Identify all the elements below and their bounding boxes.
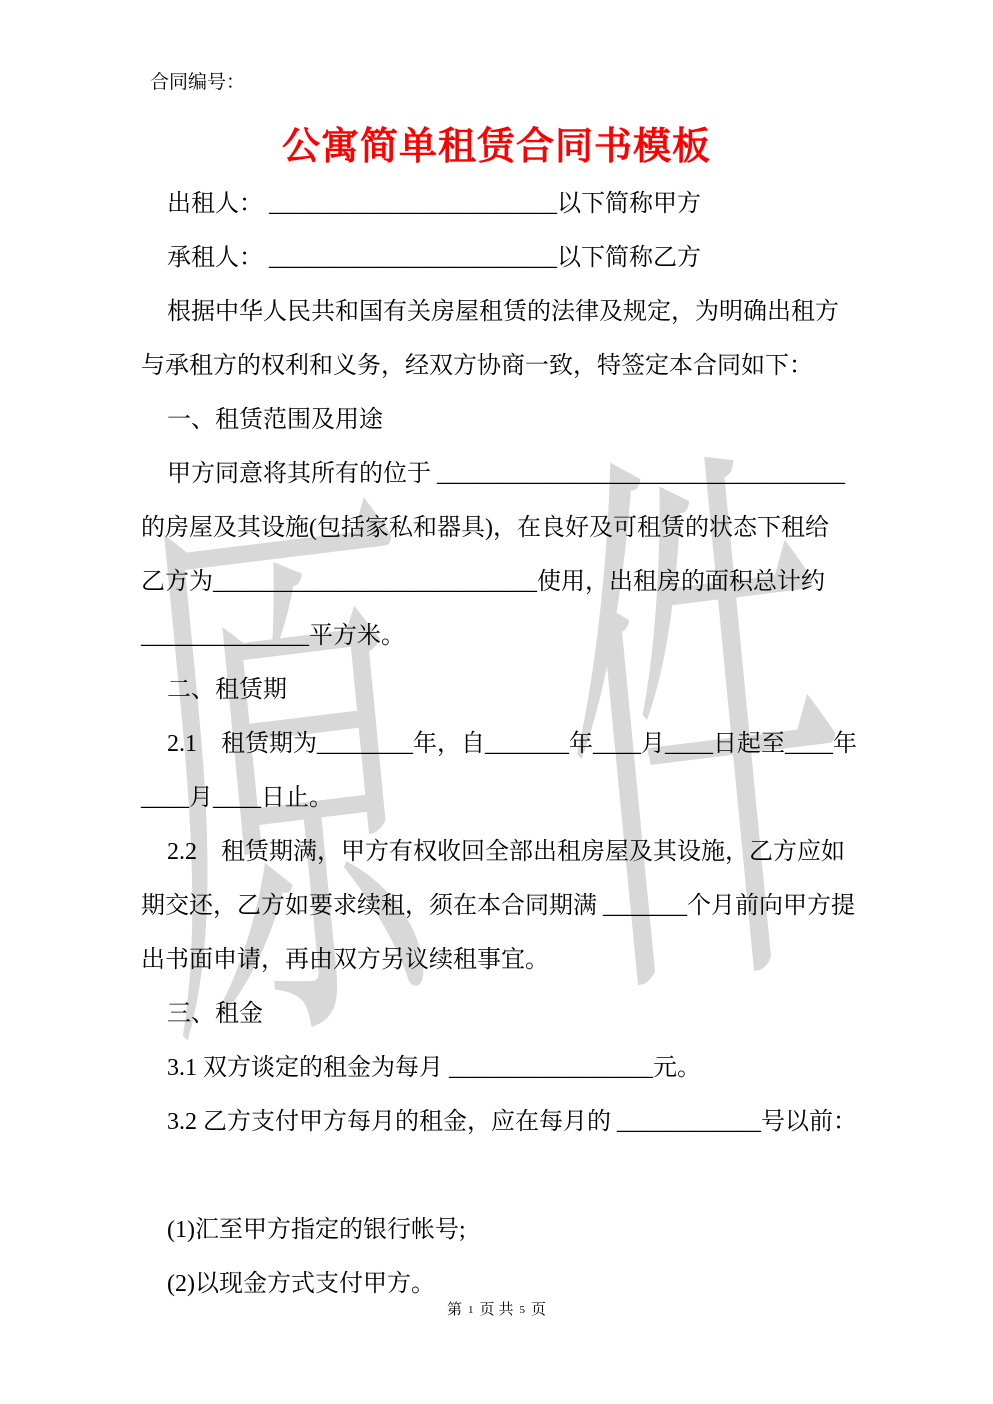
contract-line-2-1-b: ____月____日止。 <box>141 771 863 825</box>
footer-label-gong: 共 <box>499 1302 514 1318</box>
footer-label-di: 第 <box>447 1302 462 1318</box>
contract-line-3-2: 3.2 乙方支付甲方每月的租金，应在每月的 ____________号以前： <box>141 1095 863 1149</box>
footer-page-number: 1 <box>468 1304 474 1316</box>
contract-line-blank <box>141 1149 863 1203</box>
contract-line-preamble-2: 与承租方的权利和义务，经双方协商一致，特签定本合同如下： <box>141 339 863 393</box>
contract-line-lessor: 出租人： ________________________以下简称甲方 <box>141 177 863 231</box>
footer-total-pages: 5 <box>520 1304 526 1316</box>
footer-label-ye-2: 页 <box>531 1302 546 1318</box>
contract-line-1-2: 的房屋及其设施(包括家私和器具)，在良好及可租赁的状态下租给 <box>141 501 863 555</box>
document-page: 合同编号： 公寓简单租赁合同书模板 原 件 出租人： _____________… <box>0 0 993 1404</box>
contract-line-preamble-1: 根据中华人民共和国有关房屋租赁的法律及规定，为明确出租方 <box>141 285 863 339</box>
contract-line-lessee: 承租人： ________________________以下简称乙方 <box>141 231 863 285</box>
document-body: 出租人： ________________________以下简称甲方 承租人：… <box>141 177 863 1311</box>
page-footer: 第1页共5页 <box>0 1300 993 1321</box>
contract-line-3-1: 3.1 双方谈定的租金为每月 _________________元。 <box>141 1041 863 1095</box>
contract-line-payment-opt-1: (1)汇至甲方指定的银行帐号; <box>141 1203 863 1257</box>
contract-number-label: 合同编号： <box>150 70 245 96</box>
contract-line-1-1: 甲方同意将其所有的位于 ____________________________… <box>141 447 863 501</box>
contract-line-2-2-a: 2.2 租赁期满，甲方有权收回全部出租房屋及其设施，乙方应如 <box>141 825 863 879</box>
contract-line-2-1-a: 2.1 租赁期为________年，自_______年____月____日起至_… <box>141 717 863 771</box>
contract-line-1-3: 乙方为___________________________使用，出租房的面积总… <box>141 555 863 609</box>
contract-line-1-4: ______________平方米。 <box>141 609 863 663</box>
contract-heading-section-3: 三、租金 <box>141 987 863 1041</box>
contract-line-2-2-c: 出书面申请，再由双方另议续租事宜。 <box>141 933 863 987</box>
contract-heading-section-1: 一、租赁范围及用途 <box>141 393 863 447</box>
contract-heading-section-2: 二、租赁期 <box>141 663 863 717</box>
page-title: 公寓简单租赁合同书模板 <box>0 122 993 172</box>
contract-line-2-2-b: 期交还，乙方如要求续租，须在本合同期满 _______个月前向甲方提 <box>141 879 863 933</box>
footer-label-ye-1: 页 <box>479 1302 494 1318</box>
